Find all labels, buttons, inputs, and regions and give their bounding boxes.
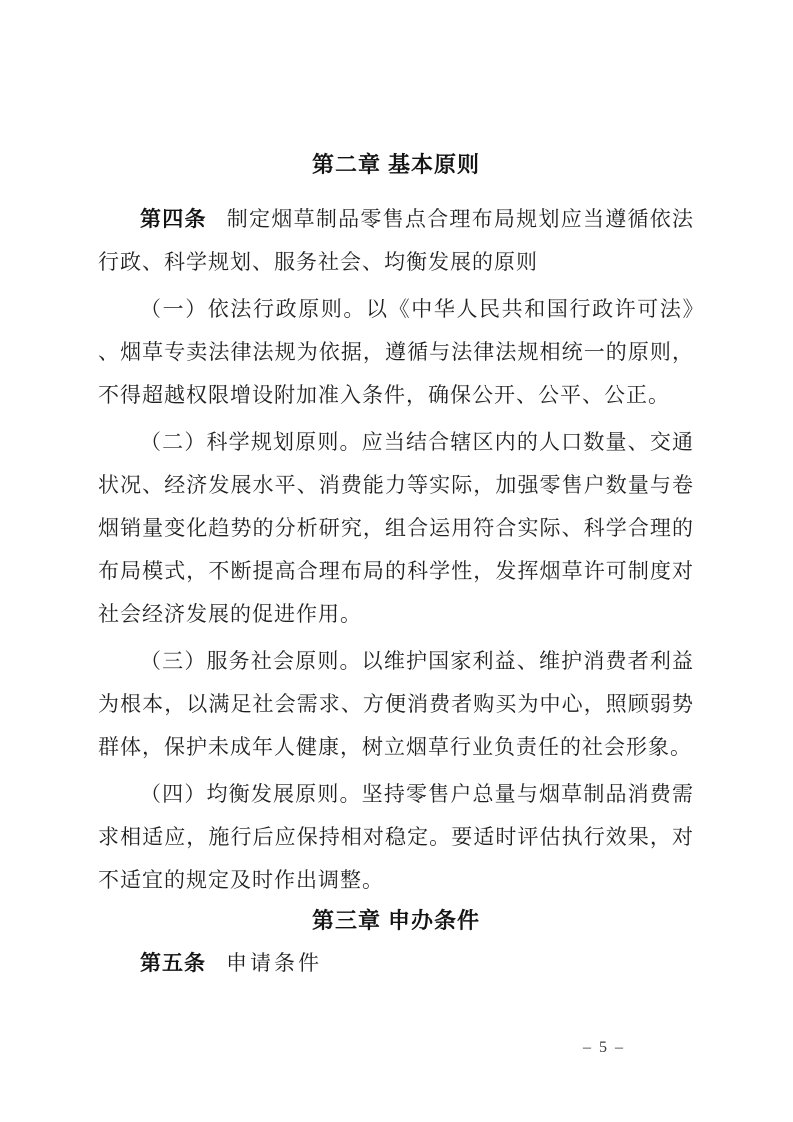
principle-2-paragraph: （二）科学规划原则。应当结合辖区内的人口数量、交通状况、经济发展水平、消费能力等…: [98, 421, 694, 636]
chapter-3-heading: 第三章 申办条件: [98, 906, 694, 936]
chapter-2-heading: 第二章 基本原则: [98, 150, 694, 180]
article-5-paragraph: 第五条申请条件: [98, 942, 694, 985]
principle-1-paragraph: （一）依法行政原则。以《中华人民共和国行政许可法》、烟草专卖法律法规为依据，遵循…: [98, 288, 694, 417]
article-5-text: 申请条件: [226, 951, 322, 975]
article-4-label: 第四条: [140, 208, 207, 231]
principle-3-paragraph: （三）服务社会原则。以维护国家利益、维护消费者利益为根本，以满足社会需求、方便消…: [98, 640, 694, 769]
article-5-label: 第五条: [140, 952, 206, 975]
article-4-paragraph: 第四条制定烟草制品零售点合理布局规划应当遵循依法行政、科学规划、服务社会、均衡发…: [98, 198, 694, 284]
principle-4-paragraph: （四）均衡发展原则。坚持零售户总量与烟草制品消费需求相适应，施行后应保持相对稳定…: [98, 773, 694, 902]
document-page: 第二章 基本原则 第四条制定烟草制品零售点合理布局规划应当遵循依法行政、科学规划…: [0, 0, 793, 1122]
page-number: – 5 –: [583, 1038, 625, 1058]
document-content: 第二章 基本原则 第四条制定烟草制品零售点合理布局规划应当遵循依法行政、科学规划…: [98, 150, 694, 989]
